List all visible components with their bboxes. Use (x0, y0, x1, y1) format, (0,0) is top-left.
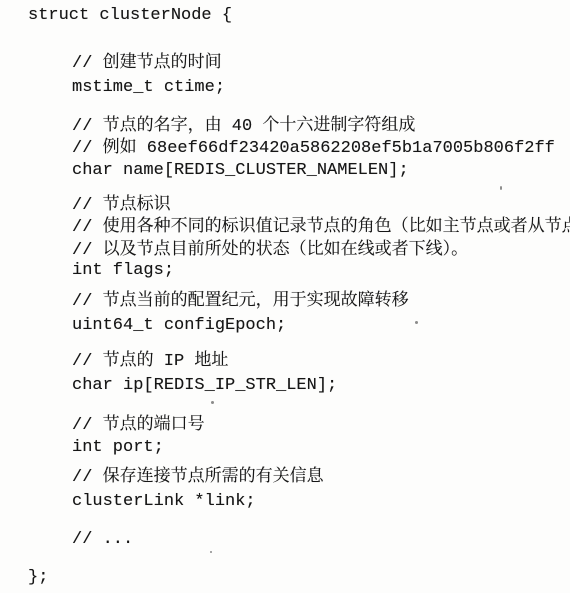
comment-flags-1: // 节点标识 (72, 196, 171, 216)
comment-ip: // 节点的 IP 地址 (72, 352, 228, 372)
scan-speck (210, 551, 212, 553)
comment-link: // 保存连接节点所需的有关信息 (72, 468, 324, 488)
field-configepoch: uint64_t configEpoch; (72, 316, 286, 336)
scanned-book-page: struct clusterNode { // 创建节点的时间 mstime_t… (0, 0, 570, 593)
comment-ctime: // 创建节点的时间 (72, 54, 222, 74)
scan-speck (211, 401, 214, 404)
comment-flags-3: // 以及节点目前所处的状态（比如在线或者下线）。 (72, 241, 468, 261)
field-name: char name[REDIS_CLUSTER_NAMELEN]; (72, 161, 409, 181)
comment-name-2-hex: // 例如 68eef66df23420a5862208ef5b1a7005b8… (72, 139, 555, 159)
comment-configepoch: // 节点当前的配置纪元，用于实现故障转移 (72, 292, 409, 312)
comment-port: // 节点的端口号 (72, 416, 205, 436)
scan-speck (500, 186, 502, 190)
field-link: clusterLink *link; (72, 492, 256, 512)
comment-name-1: // 节点的名字，由 40 个十六进制字符组成 (72, 117, 415, 137)
field-port: int port; (72, 438, 164, 458)
code-line-struct-open: struct clusterNode { (28, 6, 232, 26)
scan-speck (415, 321, 418, 324)
comment-flags-2: // 使用各种不同的标识值记录节点的角色（比如主节点或者从节点）， (72, 218, 570, 238)
field-flags: int flags; (72, 261, 174, 281)
comment-ellipsis: // ... (72, 530, 133, 550)
code-line-struct-close: }; (28, 568, 48, 588)
field-ip: char ip[REDIS_IP_STR_LEN]; (72, 376, 337, 396)
field-ctime: mstime_t ctime; (72, 78, 225, 98)
